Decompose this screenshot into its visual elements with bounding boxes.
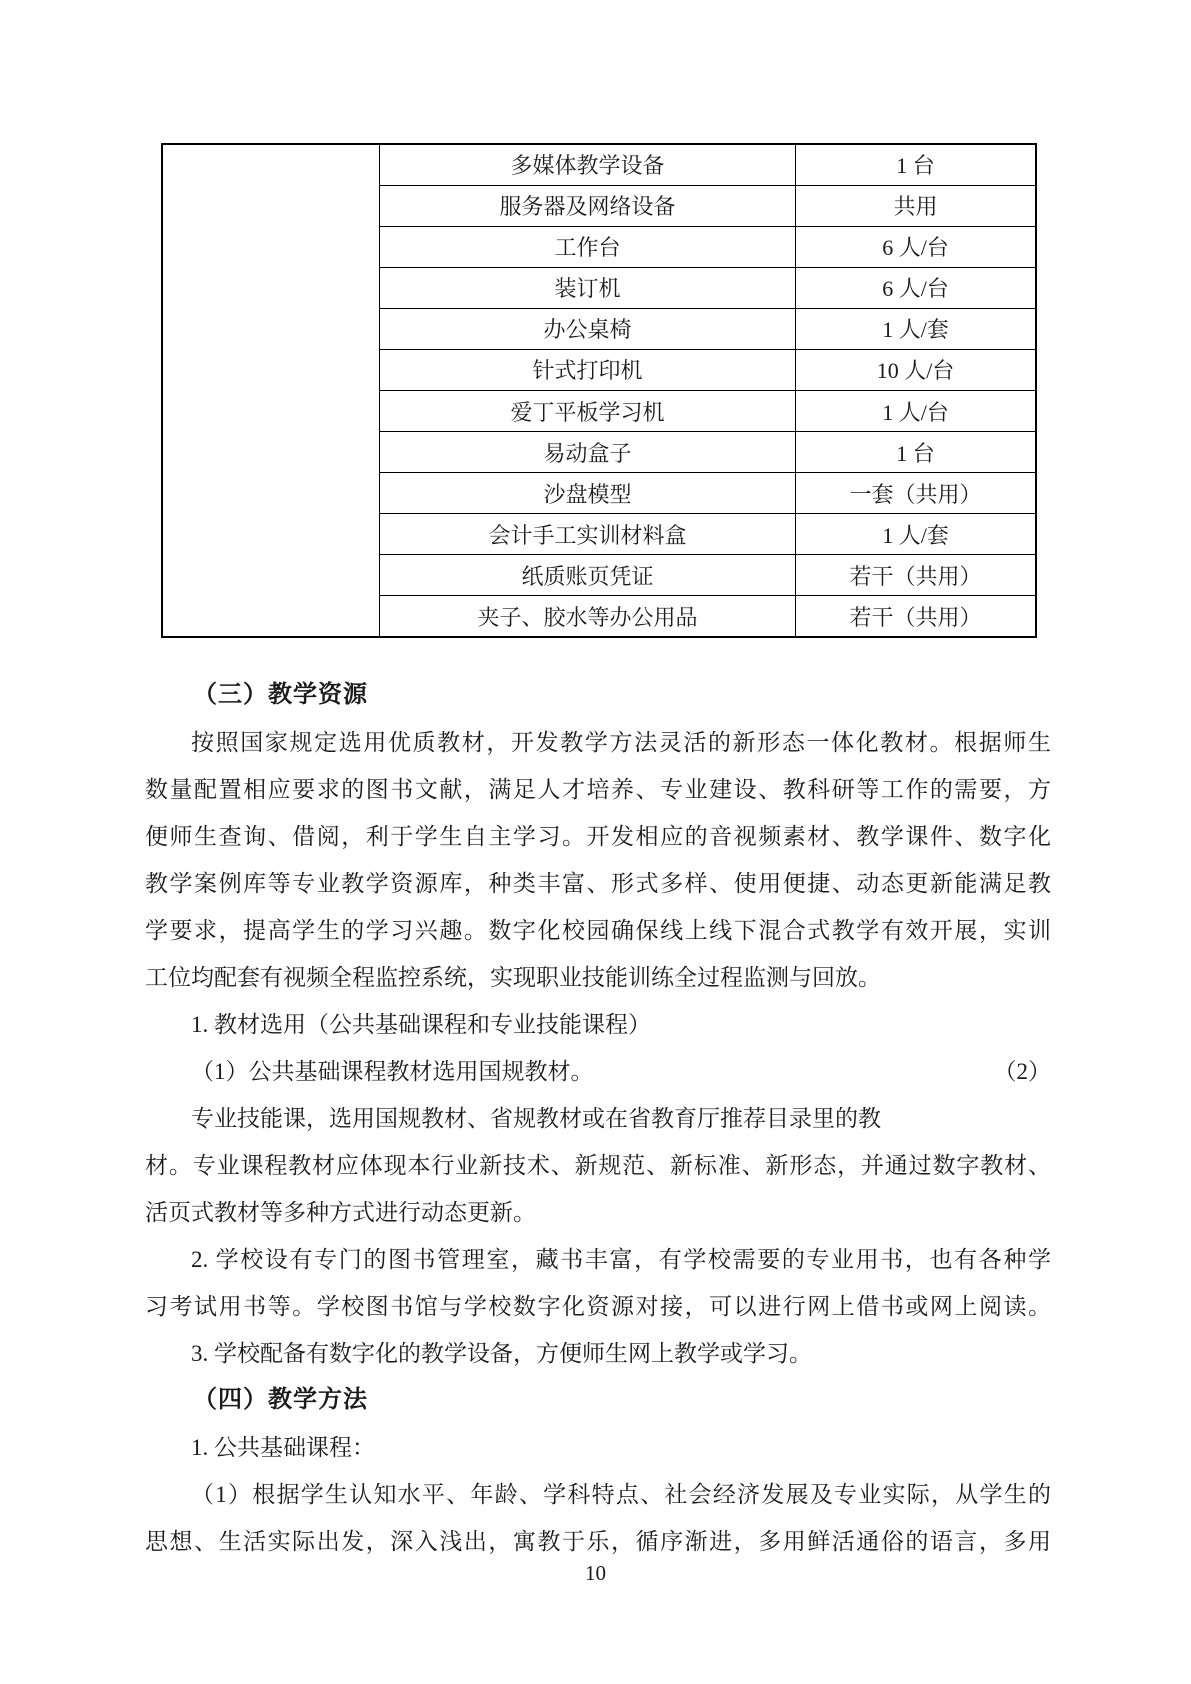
list-item: （1）公共基础课程教材选用国规教材。 （2） — [145, 1048, 1051, 1095]
table-cell-quantity: 6 人/台 — [796, 267, 1037, 308]
table-cell-name: 装订机 — [380, 267, 796, 308]
marginal-number: （2） — [994, 1048, 1052, 1095]
paragraph-line: 习考试用书等。学校图书馆与学校数字化资源对接，可以进行网上借书或网上阅读。 — [145, 1283, 1051, 1330]
table-cell-name: 夹子、胶水等办公用品 — [380, 596, 796, 637]
table-cell-quantity: 1 台 — [796, 144, 1037, 185]
paragraph-line: 活页式教材等多种方式进行动态更新。 — [145, 1189, 1051, 1236]
page-number: 10 — [0, 1556, 1191, 1603]
table-cell-name: 易动盒子 — [380, 432, 796, 473]
table-cell-spacer — [162, 144, 380, 637]
paragraph-line: 便师生查询、借阅，利于学生自主学习。开发相应的音视频素材、教学课件、数字化 — [145, 813, 1051, 860]
paragraph-line: 专业技能课，选用国规教材、省规教材或在省教育厅推荐目录里的教 — [145, 1095, 1051, 1142]
table-cell-quantity: 若干（共用） — [796, 555, 1037, 596]
list-item: 3. 学校配备有数字化的教学设备，方便师生网上教学或学习。 — [145, 1330, 1051, 1377]
table-cell-quantity: 一套（共用） — [796, 473, 1037, 514]
list-item: 1. 教材选用（公共基础课程和专业技能课程） — [145, 1001, 1051, 1048]
paragraph-line: 工位均配套有视频全程监控系统，实现职业技能训练全过程监测与回放。 — [145, 954, 1051, 1001]
list-item: 1. 公共基础课程： — [145, 1424, 1051, 1471]
paragraph-line: 教学案例库等专业教学资源库，种类丰富、形式多样、使用便捷、动态更新能满足教 — [145, 860, 1051, 907]
paragraph-line: 材。专业课程教材应体现本行业新技术、新规范、新标准、新形态，并通过数字教材、 — [145, 1142, 1051, 1189]
paragraph-line: （1）根据学生认知水平、年龄、学科特点、社会经济发展及专业实际，从学生的 — [145, 1471, 1051, 1518]
paragraph-line: 学要求，提高学生的学习兴趣。数字化校园确保线上线下混合式教学有效开展，实训 — [145, 907, 1051, 954]
table-cell-quantity: 10 人/台 — [796, 349, 1037, 390]
paragraph-line: 按照国家规定选用优质教材，开发教学方法灵活的新形态一体化教材。根据师生 — [145, 719, 1051, 766]
table-cell-name: 工作台 — [380, 226, 796, 267]
table-cell-name: 办公桌椅 — [380, 308, 796, 349]
paragraph-line: 数量配置相应要求的图书文献，满足人才培养、专业建设、教科研等工作的需要，方 — [145, 766, 1051, 813]
table-cell-quantity: 共用 — [796, 185, 1037, 226]
table-cell-name: 纸质账页凭证 — [380, 555, 796, 596]
table-cell-quantity: 1 人/套 — [796, 308, 1037, 349]
table-cell-quantity: 1 人/套 — [796, 514, 1037, 555]
table-cell-name: 针式打印机 — [380, 349, 796, 390]
table-cell-name: 多媒体教学设备 — [380, 144, 796, 185]
text-body: （三）教学资源 按照国家规定选用优质教材，开发教学方法灵活的新形态一体化教材。根… — [145, 672, 1051, 1565]
table-row: 多媒体教学设备 1 台 — [162, 144, 1036, 185]
equipment-table-body: 多媒体教学设备 1 台 服务器及网络设备 共用 工作台 6 人/台 装订机 6 … — [162, 144, 1036, 637]
table-cell-quantity: 6 人/台 — [796, 226, 1037, 267]
table-cell-quantity: 1 台 — [796, 432, 1037, 473]
table-cell-name: 沙盘模型 — [380, 473, 796, 514]
list-item-text: （1）公共基础课程教材选用国规教材。 — [191, 1048, 594, 1095]
table-cell-name: 爱丁平板学习机 — [380, 390, 796, 431]
section-4-heading: （四）教学方法 — [145, 1377, 1051, 1424]
table-cell-name: 服务器及网络设备 — [380, 185, 796, 226]
document-page: 多媒体教学设备 1 台 服务器及网络设备 共用 工作台 6 人/台 装订机 6 … — [0, 0, 1191, 1684]
table-cell-quantity: 若干（共用） — [796, 596, 1037, 637]
list-item: 2. 学校设有专门的图书管理室，藏书丰富，有学校需要的专业用书，也有各种学 — [145, 1236, 1051, 1283]
section-3-heading: （三）教学资源 — [145, 672, 1051, 719]
table-cell-quantity: 1 人/台 — [796, 390, 1037, 431]
equipment-table: 多媒体教学设备 1 台 服务器及网络设备 共用 工作台 6 人/台 装订机 6 … — [161, 143, 1037, 638]
table-cell-name: 会计手工实训材料盒 — [380, 514, 796, 555]
